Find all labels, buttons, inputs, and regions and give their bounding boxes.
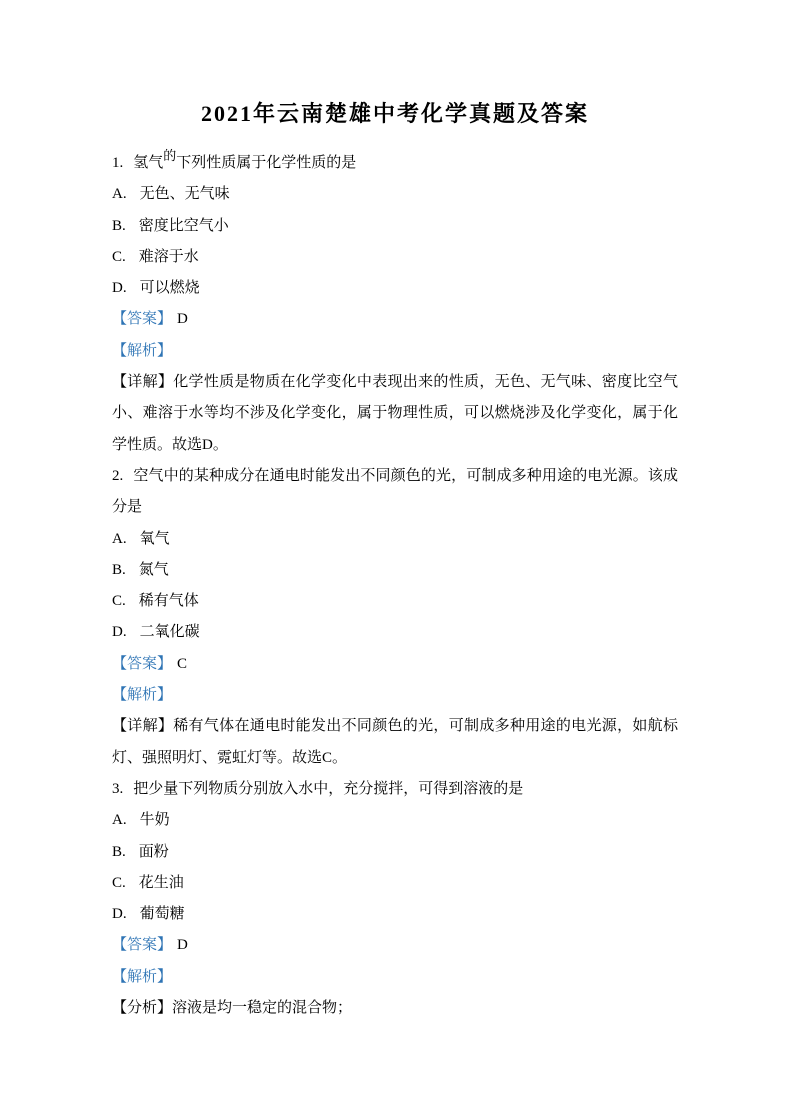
option-text: 无色、无气味 bbox=[140, 186, 230, 202]
option-row: D.二氧化碳 bbox=[112, 617, 678, 648]
brief-text: 溶液是均一稳定的混合物； bbox=[172, 1000, 352, 1016]
brief-analysis-row: 【分析】溶液是均一稳定的混合物； bbox=[112, 993, 678, 1024]
detail-text: 稀有气体在通电时能发出不同颜色的光，可制成多种用途的电光源，如航标灯、强照明灯、… bbox=[112, 718, 678, 765]
answer-row: 【答案】D bbox=[112, 930, 678, 961]
option-row: C.花生油 bbox=[112, 868, 678, 899]
answer-letter: D bbox=[177, 937, 188, 953]
question-stem: 1.氢气的下列性质属于化学性质的是 bbox=[112, 147, 678, 179]
stem-text: 氢气的下列性质属于化学性质的是 bbox=[133, 155, 356, 171]
answer-row: 【答案】C bbox=[112, 649, 678, 680]
answer-row: 【答案】D bbox=[112, 304, 678, 335]
question-block-2: 2.空气中的某种成分在通电时能发出不同颜色的光，可制成多种用途的电光源。该成分是… bbox=[112, 461, 678, 774]
option-text: 可以燃烧 bbox=[140, 280, 200, 296]
option-row: A.氧气 bbox=[112, 524, 678, 555]
stem-text-pre: 氢气 bbox=[133, 155, 163, 171]
option-row: B.氮气 bbox=[112, 555, 678, 586]
question-number: 3. bbox=[112, 774, 123, 805]
option-row: C.稀有气体 bbox=[112, 586, 678, 617]
option-label: D. bbox=[112, 617, 127, 648]
question-block-3: 3.把少量下列物质分别放入水中，充分搅拌，可得到溶液的是 A.牛奶 B.面粉 C… bbox=[112, 774, 678, 1024]
option-text: 难溶于水 bbox=[139, 249, 199, 265]
option-row: C.难溶于水 bbox=[112, 242, 678, 273]
option-text: 花生油 bbox=[139, 875, 184, 891]
detail-tag: 【详解】 bbox=[112, 374, 173, 390]
analysis-tag: 【解析】 bbox=[112, 969, 172, 985]
question-block-1: 1.氢气的下列性质属于化学性质的是 A.无色、无气味 B.密度比空气小 C.难溶… bbox=[112, 147, 678, 461]
stem-text: 空气中的某种成分在通电时能发出不同颜色的光，可制成多种用途的电光源。该成分是 bbox=[112, 468, 678, 515]
option-label: A. bbox=[112, 524, 127, 555]
answer-tag: 【答案】 bbox=[112, 311, 172, 327]
option-label: D. bbox=[112, 899, 127, 930]
option-text: 面粉 bbox=[139, 844, 169, 860]
page-title: 2021年云南楚雄中考化学真题及答案 bbox=[112, 101, 678, 127]
detail-tag: 【详解】 bbox=[112, 718, 173, 734]
stem-text: 把少量下列物质分别放入水中，充分搅拌，可得到溶液的是 bbox=[133, 781, 523, 797]
option-label: C. bbox=[112, 586, 126, 617]
option-label: A. bbox=[112, 179, 127, 210]
option-text: 密度比空气小 bbox=[139, 218, 229, 234]
option-text: 氮气 bbox=[139, 562, 169, 578]
question-stem: 3.把少量下列物质分别放入水中，充分搅拌，可得到溶液的是 bbox=[112, 774, 678, 805]
stem-superscript: 的 bbox=[163, 148, 176, 163]
option-row: D.葡萄糖 bbox=[112, 899, 678, 930]
analysis-row: 【解析】 bbox=[112, 336, 678, 367]
option-text: 葡萄糖 bbox=[140, 906, 185, 922]
option-label: B. bbox=[112, 555, 126, 586]
option-label: D. bbox=[112, 273, 127, 304]
analysis-tag: 【解析】 bbox=[112, 687, 172, 703]
answer-letter: C bbox=[177, 656, 187, 672]
brief-tag: 【分析】 bbox=[112, 1000, 172, 1016]
question-number: 2. bbox=[112, 461, 123, 492]
option-text: 氧气 bbox=[140, 531, 170, 547]
option-text: 稀有气体 bbox=[139, 593, 199, 609]
option-label: C. bbox=[112, 242, 126, 273]
detail-paragraph: 【详解】稀有气体在通电时能发出不同颜色的光，可制成多种用途的电光源，如航标灯、强… bbox=[112, 711, 678, 774]
answer-tag: 【答案】 bbox=[112, 656, 172, 672]
question-number: 1. bbox=[112, 148, 123, 179]
exam-document-page: 2021年云南楚雄中考化学真题及答案 1.氢气的下列性质属于化学性质的是 A.无… bbox=[0, 0, 790, 1119]
answer-letter: D bbox=[177, 311, 188, 327]
option-label: C. bbox=[112, 868, 126, 899]
option-text: 牛奶 bbox=[140, 812, 170, 828]
option-row: B.密度比空气小 bbox=[112, 211, 678, 242]
answer-tag: 【答案】 bbox=[112, 937, 172, 953]
option-label: B. bbox=[112, 211, 126, 242]
option-row: B.面粉 bbox=[112, 837, 678, 868]
option-row: D.可以燃烧 bbox=[112, 273, 678, 304]
option-row: A.牛奶 bbox=[112, 805, 678, 836]
detail-text: 化学性质是物质在化学变化中表现出来的性质，无色、无气味、密度比空气小、难溶于水等… bbox=[112, 374, 678, 453]
option-label: B. bbox=[112, 837, 126, 868]
analysis-tag: 【解析】 bbox=[112, 343, 172, 359]
stem-text-post: 下列性质属于化学性质的是 bbox=[176, 155, 356, 171]
option-label: A. bbox=[112, 805, 127, 836]
analysis-row: 【解析】 bbox=[112, 962, 678, 993]
option-text: 二氧化碳 bbox=[140, 624, 200, 640]
analysis-row: 【解析】 bbox=[112, 680, 678, 711]
option-row: A.无色、无气味 bbox=[112, 179, 678, 210]
detail-paragraph: 【详解】化学性质是物质在化学变化中表现出来的性质，无色、无气味、密度比空气小、难… bbox=[112, 367, 678, 461]
question-stem: 2.空气中的某种成分在通电时能发出不同颜色的光，可制成多种用途的电光源。该成分是 bbox=[112, 461, 678, 524]
